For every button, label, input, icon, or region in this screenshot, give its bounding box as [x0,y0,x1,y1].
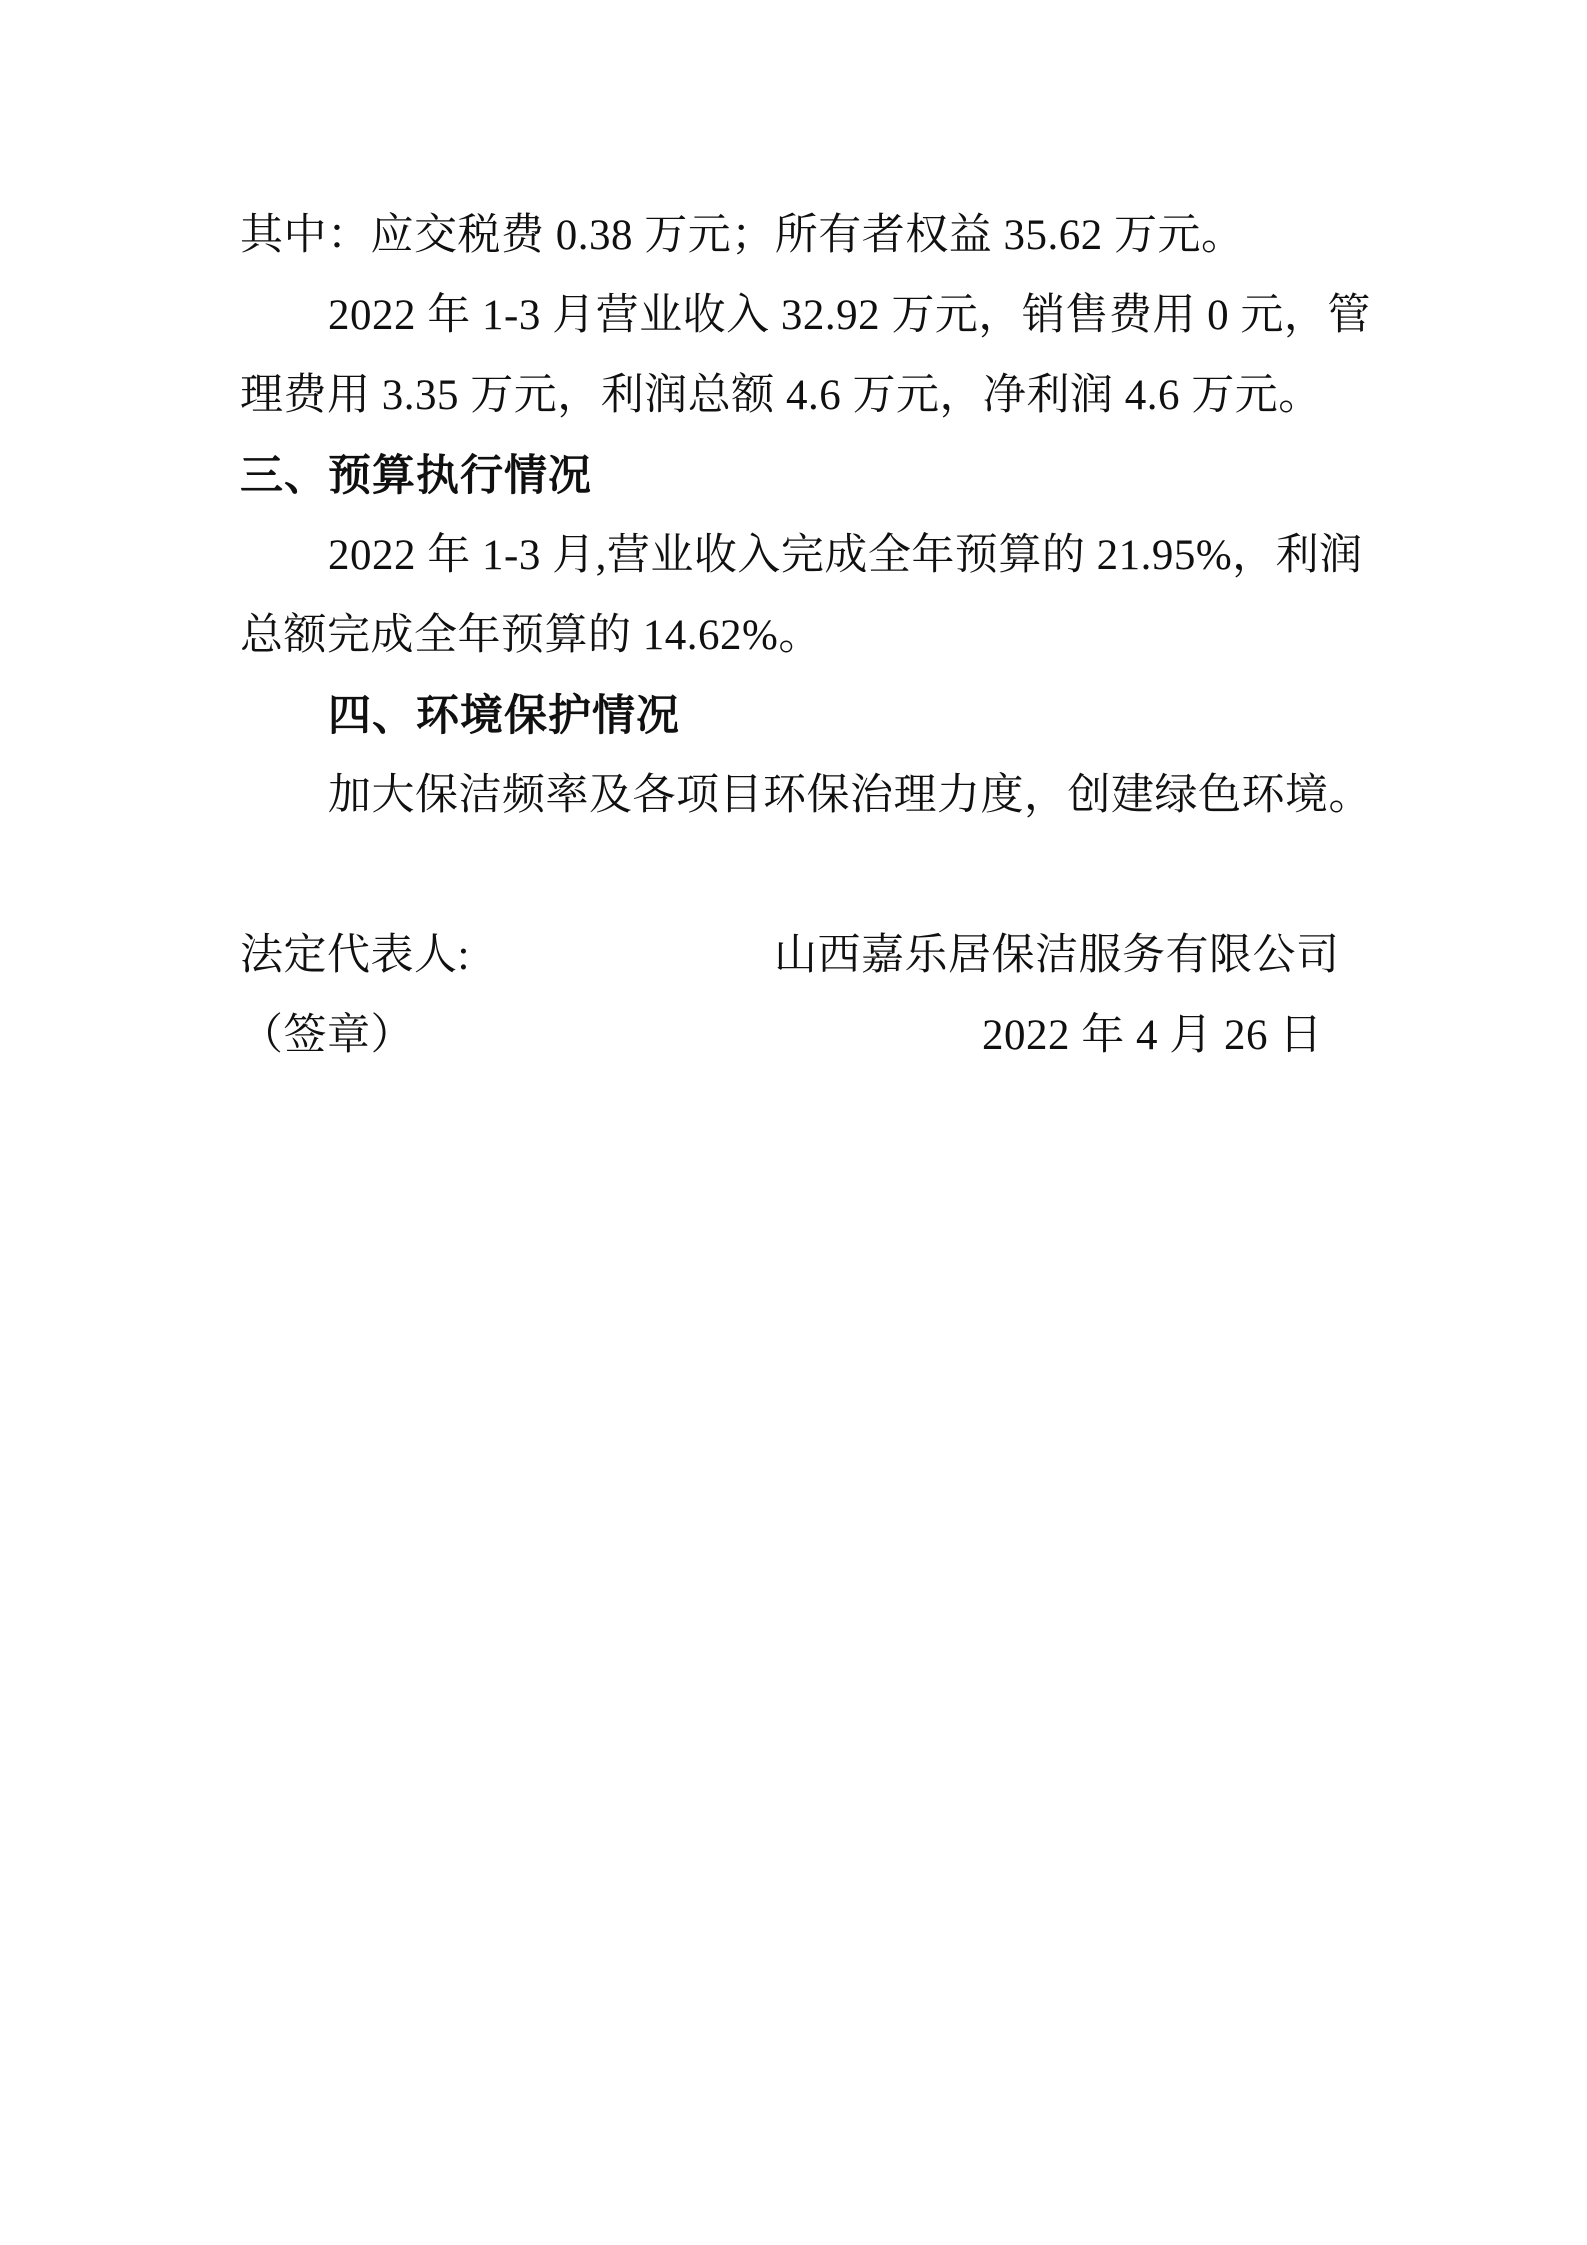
seal-label: （签章） [240,1012,414,1059]
paragraph-revenue-expenses-1: 2022 年 1-3 月营业收入 32.92 万元，销售费用 0 元，管 [240,276,1370,356]
signature-row-2: （签章） 2022 年 4 月 26 日 [240,996,1370,1076]
signature-date: 2022 年 4 月 26 日 [982,996,1323,1076]
paragraph-tax-equity: 其中：应交税费 0.38 万元；所有者权益 35.62 万元。 [240,196,1370,276]
blank-line [240,836,1370,916]
legal-representative-label: 法定代表人: [240,932,470,979]
paragraph-revenue-expenses-2: 理费用 3.35 万元，利润总额 4.6 万元，净利润 4.6 万元。 [240,356,1370,436]
company-name: 山西嘉乐居保洁服务有限公司 [774,916,1340,996]
section-heading-budget-execution: 三、预算执行情况 [240,436,1370,516]
paragraph-budget-completion-2: 总额完成全年预算的 14.62%。 [240,596,1370,676]
section-heading-environmental-protection: 四、环境保护情况 [240,676,1370,756]
document-content: 其中：应交税费 0.38 万元；所有者权益 35.62 万元。 2022 年 1… [240,196,1370,1076]
paragraph-environmental-measures: 加大保洁频率及各项目环保治理力度，创建绿色环境。 [240,756,1370,836]
signature-row-1: 法定代表人: 山西嘉乐居保洁服务有限公司 [240,916,1370,996]
document-page: 其中：应交税费 0.38 万元；所有者权益 35.62 万元。 2022 年 1… [0,0,1587,2245]
paragraph-budget-completion-1: 2022 年 1-3 月,营业收入完成全年预算的 21.95%，利润 [240,516,1370,596]
